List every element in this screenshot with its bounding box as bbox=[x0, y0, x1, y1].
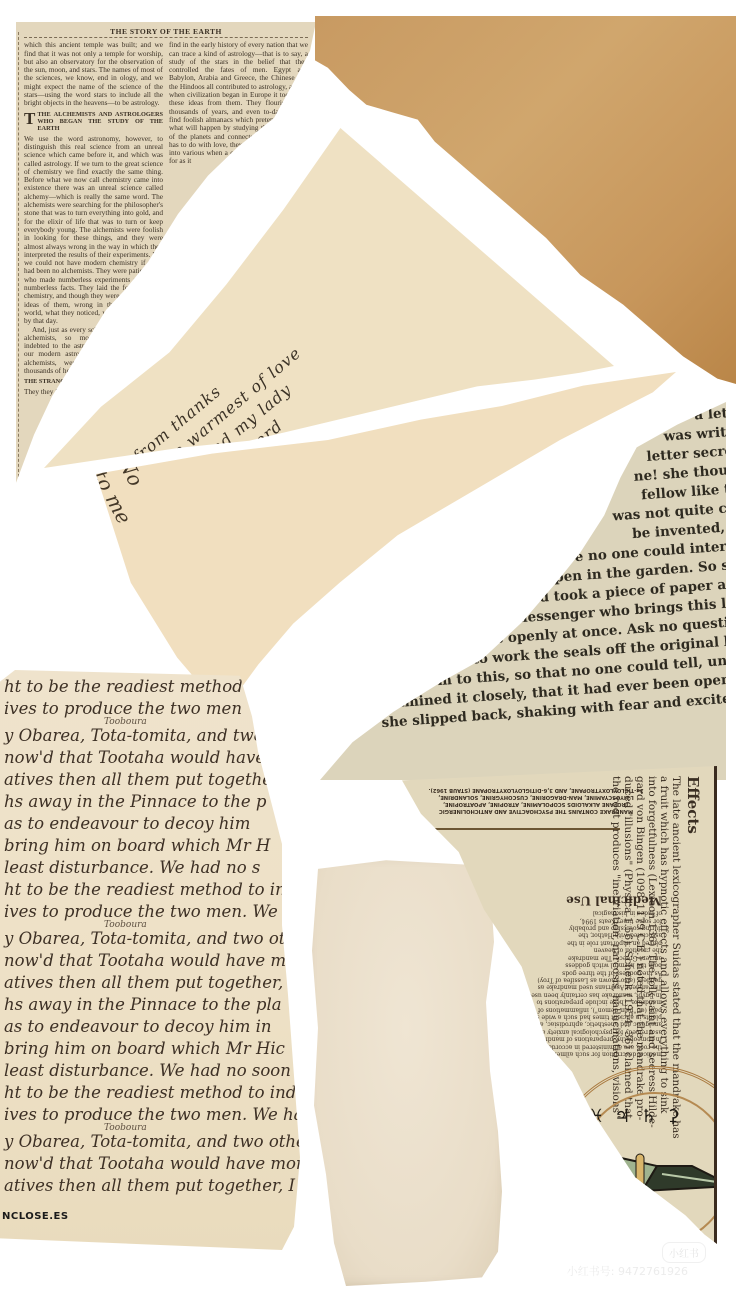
text-line: ht to be the readiest method to in bbox=[4, 879, 300, 901]
text-line: y Obarea, Tota-tomita, and two other bbox=[4, 1131, 300, 1153]
text-line: least disturbance. We had no s bbox=[4, 857, 300, 879]
text-line: hs away in the Pinnace to the pla bbox=[4, 994, 300, 1016]
text-line: ives to produce the two men. We bbox=[4, 901, 300, 923]
text-line: atives then all them put together, bbox=[4, 769, 300, 791]
text-line: hs away in the Pinnace to the p bbox=[4, 791, 300, 813]
text-line: medical description for such ailments as… bbox=[462, 1050, 662, 1057]
text-line: as a remedy for psychological anxiety an… bbox=[462, 1028, 662, 1035]
moth-icon bbox=[602, 1146, 717, 1206]
handwritten-letter-fragment: ht to be the readiest methodives to prod… bbox=[0, 670, 300, 1250]
text-line: ht to be the readiest method to induc bbox=[4, 1082, 300, 1104]
text-line: now'd that Tootaha would have m bbox=[4, 747, 300, 769]
paragraph: which this ancient temple was built; and… bbox=[24, 41, 163, 107]
text-line: ht to be the readiest method bbox=[4, 676, 300, 698]
page-header: THE STORY OF THE EARTH bbox=[24, 28, 308, 38]
text-line: y Obarea, Tota-tomita, and two bbox=[4, 725, 300, 747]
zodiac-glyphs: ☉♓♃♄⚳ bbox=[562, 1106, 690, 1127]
text-line: mandrake. These include preparations to bbox=[462, 998, 662, 1005]
text-line: now'd that Tootaha would have me bbox=[4, 950, 300, 972]
text-line: The ancient Assyrians used mandrake as bbox=[462, 983, 662, 990]
text-line: In homeopathy, preparations of mandrake … bbox=[462, 1035, 662, 1042]
text-line: goddess (also known as Lassifea of Troy) bbox=[462, 976, 662, 983]
medicinal-section: medical description for such ailments as… bbox=[462, 896, 662, 1058]
text-line: ives to produce the two men bbox=[4, 698, 300, 720]
text-line: least disturbance. We had no soon bbox=[4, 1060, 300, 1082]
watermark-badge: 小红书 bbox=[662, 1242, 706, 1263]
column-left: which this ancient temple was built; and… bbox=[24, 41, 163, 396]
text-line: plants in ancient times had such a wide … bbox=[462, 1013, 662, 1020]
text-line: the root, are administered in accordance… bbox=[462, 1043, 662, 1050]
blank-torn-paper bbox=[306, 856, 506, 1286]
text-line: ives to produce the two men. We ha bbox=[4, 1104, 300, 1126]
text-line: now or think bbox=[96, 505, 104, 645]
text-line: In Egypt, mandrake has certainly been us… bbox=[462, 991, 662, 998]
watermark-id: 小红书号: 9472761926 bbox=[567, 1263, 688, 1279]
text-line: atives then all them put together, I di bbox=[4, 1175, 300, 1197]
text-line: bring him on board which Mr H bbox=[4, 835, 300, 857]
medicinal-heading: Medicinal Use bbox=[462, 896, 662, 903]
text-line: y Obarea, Tota-tomita, and two oth bbox=[4, 928, 300, 950]
text-line: as to endeavour to decoy him in bbox=[4, 1016, 300, 1038]
text-line: analgesic and anesthetic, aphrodisiac, a… bbox=[462, 1021, 662, 1028]
handwritten-text: ht to be the readiest methodives to prod… bbox=[4, 676, 300, 1197]
paragraph: And, just as every science is indebted t… bbox=[24, 326, 163, 376]
credit-stamp: NCLOSE.ES bbox=[2, 1211, 69, 1222]
paragraph: We use the word astronomy, however, to d… bbox=[24, 135, 163, 326]
text-line: as to endeavour to decoy him bbox=[4, 813, 300, 835]
section-subheading: TTHE ALCHEMISTS AND ASTROLOGERS WHO BEGA… bbox=[24, 111, 163, 132]
text-line: bring him on board which Mr Hic bbox=[4, 1038, 300, 1060]
decorative-border bbox=[18, 32, 19, 482]
text-line: both the harmful witch goddess bbox=[462, 961, 662, 968]
text-line: now'd that Tootaha would have more bbox=[4, 1153, 300, 1175]
text-line: pain (or "pain demon"), inflammations of… bbox=[462, 1006, 662, 1013]
text-line: atives then all them put together, bbox=[4, 972, 300, 994]
text-line: As the goddess of the three gods bbox=[462, 969, 662, 976]
text-line: of Judea in his magical bbox=[462, 909, 662, 916]
ornamental-rule bbox=[430, 828, 620, 830]
